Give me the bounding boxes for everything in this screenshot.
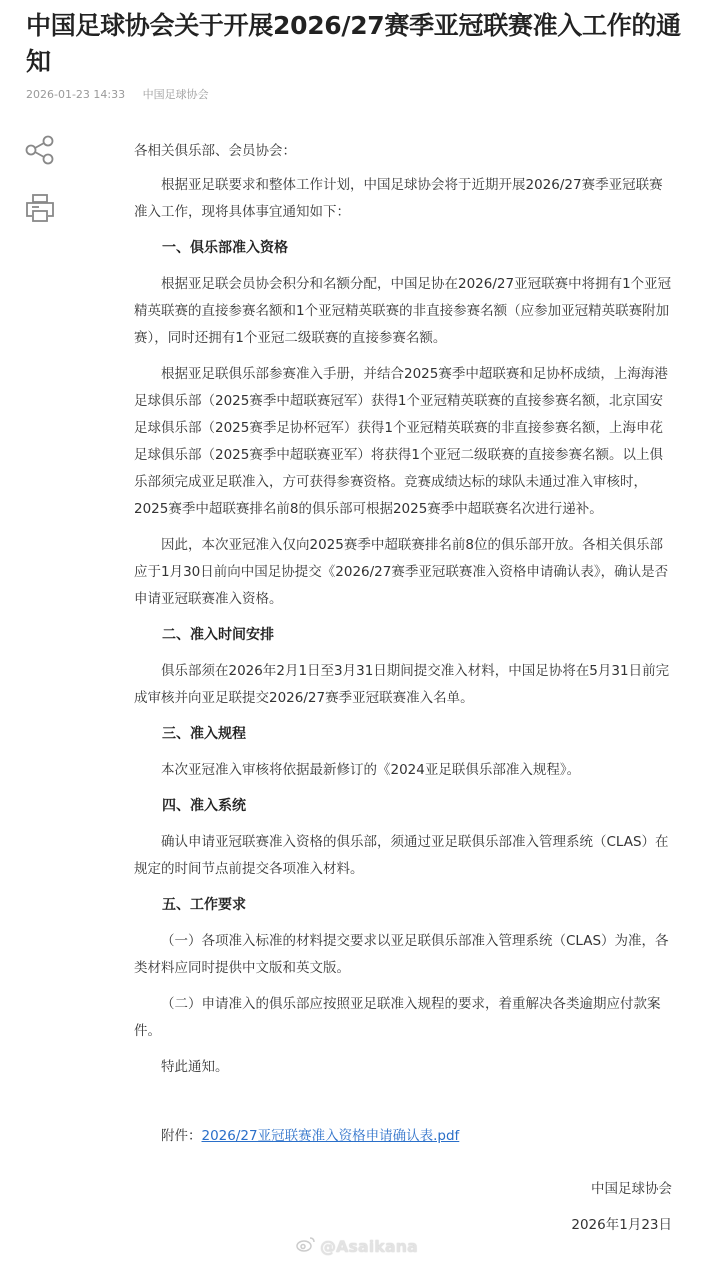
paragraph: （一）各项准入标准的材料提交要求以亚足联俱乐部准入管理系统（CLAS）为准，各类… xyxy=(134,928,672,982)
paragraph: 因此，本次亚冠准入仅向2025赛季中超联赛排名前8位的俱乐部开放。各相关俱乐部应… xyxy=(134,532,672,613)
salutation: 各相关俱乐部、会员协会： xyxy=(134,138,672,165)
article-meta: 2026-01-23 14:33 中国足球协会 xyxy=(26,86,209,102)
article-body: 各相关俱乐部、会员协会： 根据亚足联要求和整体工作计划，中国足球协会将于近期开展… xyxy=(134,138,672,1159)
paragraph: （二）申请准入的俱乐部应按照亚足联准入规程的要求，着重解决各类逾期应付款案件。 xyxy=(134,991,672,1045)
publish-datetime: 2026-01-23 14:33 xyxy=(26,88,125,101)
side-toolbar xyxy=(24,134,60,224)
print-icon[interactable] xyxy=(24,192,56,224)
attachment: 附件：2026/27亚冠联赛准入资格申请确认表.pdf xyxy=(134,1123,672,1150)
paragraph: 确认申请亚冠联赛准入资格的俱乐部，须通过亚足联俱乐部准入管理系统（CLAS）在规… xyxy=(134,829,672,883)
attachment-label: 附件： xyxy=(161,1128,202,1144)
paragraph: 俱乐部须在2026年2月1日至3月31日期间提交准入材料，中国足协将在5月31日… xyxy=(134,658,672,712)
signature-block: 中国足球协会 2026年1月23日 xyxy=(571,1176,672,1239)
attachment-link[interactable]: 2026/27亚冠联赛准入资格申请确认表.pdf xyxy=(202,1128,460,1144)
section-heading: 一、俱乐部准入资格 xyxy=(134,235,672,262)
section-heading: 四、准入系统 xyxy=(134,793,672,820)
signature-date: 2026年1月23日 xyxy=(571,1212,672,1239)
share-icon[interactable] xyxy=(24,134,56,166)
signature-organization: 中国足球协会 xyxy=(571,1176,672,1203)
article-title: 中国足球协会关于开展2026/27赛季亚冠联赛准入工作的通知 xyxy=(26,8,696,80)
watermark: @Asaikana xyxy=(296,1236,418,1256)
weibo-icon xyxy=(296,1236,316,1256)
watermark-text: @Asaikana xyxy=(320,1237,418,1256)
section-heading: 五、工作要求 xyxy=(134,892,672,919)
section-heading: 三、准入规程 xyxy=(134,721,672,748)
article-source: 中国足球协会 xyxy=(143,88,209,101)
section-heading: 二、准入时间安排 xyxy=(134,622,672,649)
closing-line: 特此通知。 xyxy=(134,1054,672,1081)
paragraph: 根据亚足联俱乐部参赛准入手册，并结合2025赛季中超联赛和足协杯成绩，上海海港足… xyxy=(134,361,672,523)
paragraph: 本次亚冠准入审核将依据最新修订的《2024亚足联俱乐部准入规程》。 xyxy=(134,757,672,784)
intro-paragraph: 根据亚足联要求和整体工作计划，中国足球协会将于近期开展2026/27赛季亚冠联赛… xyxy=(134,172,672,226)
paragraph: 根据亚足联会员协会积分和名额分配，中国足协在2026/27亚冠联赛中将拥有1个亚… xyxy=(134,271,672,352)
